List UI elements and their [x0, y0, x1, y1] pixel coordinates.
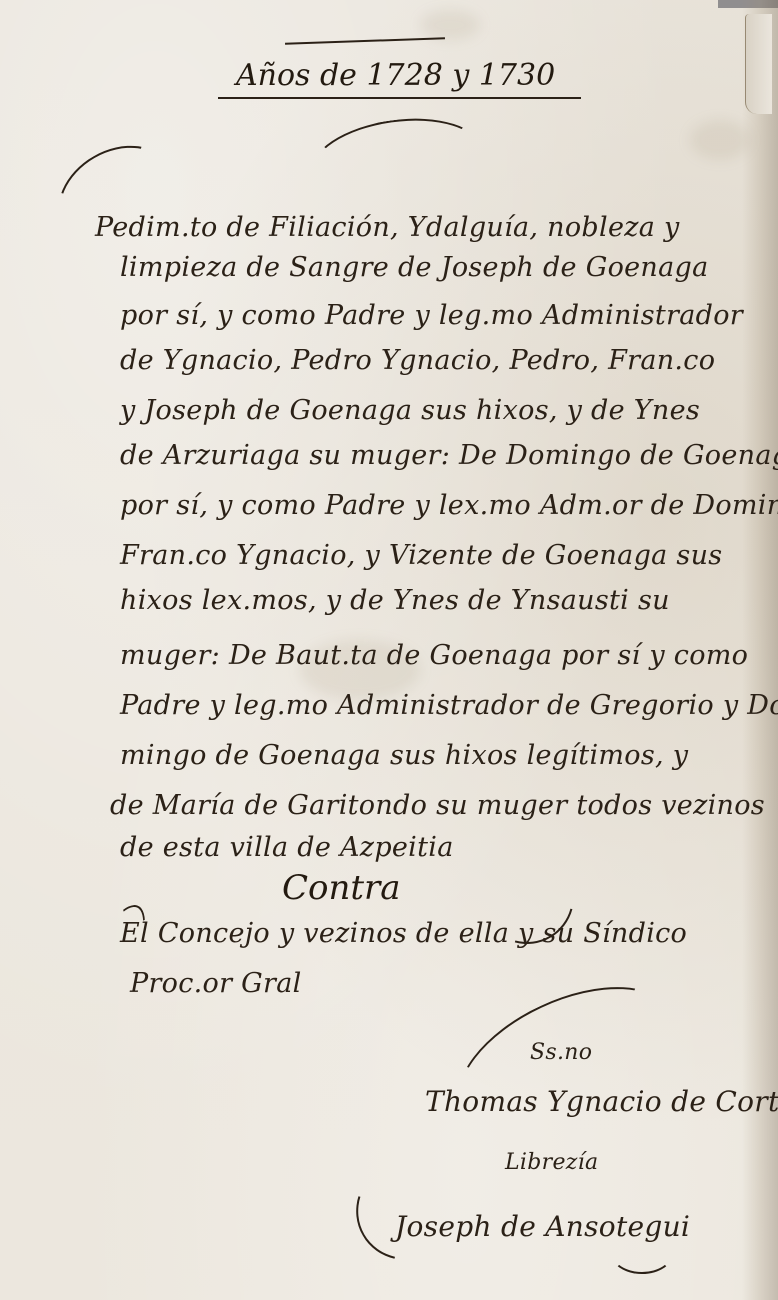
body-line-3: por sí, y como Padre y leg.mo Administra…: [120, 300, 743, 331]
body-line-14: de esta villa de Azpeitia: [120, 832, 454, 863]
body-line-7: por sí, y como Padre y lex.mo Adm.or de …: [120, 490, 778, 521]
title-flourish: [285, 37, 445, 45]
body-line-10: muger: De Baut.ta de Goenaga por sí y co…: [120, 640, 748, 671]
torn-page-flap: [745, 14, 772, 114]
ink-stain: [420, 10, 480, 40]
rubric-flourish: [610, 1230, 674, 1274]
body-line-1: Pedim.to de Filiación, Ydalguía, nobleza…: [95, 212, 680, 243]
document-title: Años de 1728 y 1730: [218, 58, 581, 99]
contra-heading: Contra: [282, 868, 401, 908]
body-line-6: de Arzuriaga su muger: De Domingo de Goe…: [120, 440, 778, 471]
signature-notary: Thomas Ygnacio de Corta: [425, 1085, 778, 1118]
opposing-party-line-2: Proc.or Gral: [130, 968, 302, 999]
body-line-5: y Joseph de Goenaga sus hixos, y de Ynes: [120, 395, 700, 426]
body-line-9: hixos lex.mos, y de Ynes de Ynsausti su: [120, 585, 670, 616]
body-line-12: mingo de Goenaga sus hixos legítimos, y: [120, 740, 688, 771]
decorative-flourish: [305, 108, 489, 215]
body-line-8: Fran.co Ygnacio, y Vizente de Goenaga su…: [120, 540, 722, 571]
opposing-party-line-1: El Concejo y vezinos de ella y su Síndic…: [120, 918, 687, 949]
body-line-4: de Ygnacio, Pedro Ygnacio, Pedro, Fran.c…: [120, 345, 715, 376]
initial-flourish: [40, 125, 194, 268]
paper-stain: [690, 120, 750, 160]
body-line-13: de María de Garitondo su muger todos vez…: [110, 790, 765, 821]
body-line-2: limpieza de Sangre de Joseph de Goenaga: [120, 252, 708, 283]
initial-flourish-el: [66, 897, 158, 1028]
signature-role: Librezía: [505, 1150, 598, 1175]
body-line-11: Padre y leg.mo Administrador de Gregorio…: [120, 690, 778, 721]
signer-flourish: [337, 1133, 488, 1280]
signature-office: Ss.no: [530, 1040, 592, 1065]
manuscript-page: Años de 1728 y 1730 Pedim.to de Filiació…: [0, 0, 778, 1300]
